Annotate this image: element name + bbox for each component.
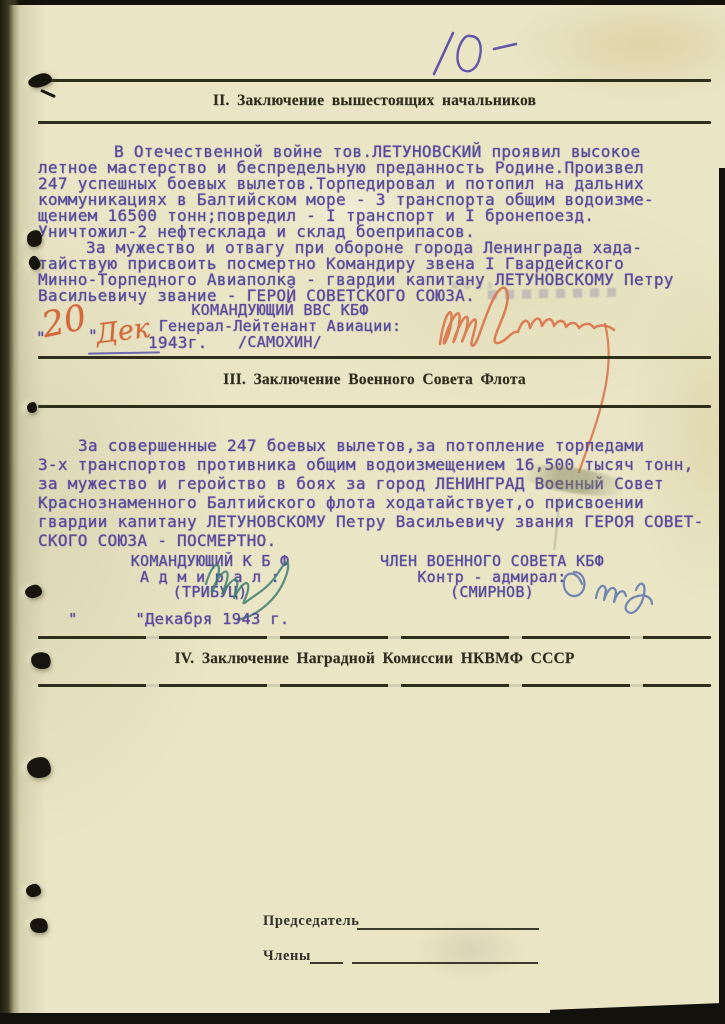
scan-edge-bottom-tear bbox=[550, 1000, 725, 1016]
chairman-label: Председатель bbox=[263, 913, 360, 930]
rule-below-section2 bbox=[38, 121, 711, 124]
section2-paragraph1: В Отечественной войне тов.ЛЕТУНОВСКИЙ пр… bbox=[38, 144, 714, 240]
page-number-handwritten bbox=[418, 24, 528, 82]
date1-month-handwritten: Дек bbox=[94, 313, 151, 350]
rule-above-section3 bbox=[38, 356, 711, 359]
document-scan: II. Заключение вышестоящих начальников В… bbox=[0, 0, 725, 1024]
signature1-titles: КОМАНДУЮЩИЙ ВВС КБФ Генерал-Лейтенант Ав… bbox=[146, 302, 414, 350]
rule-below-section4 bbox=[38, 684, 711, 687]
rule-above-section2 bbox=[38, 79, 711, 82]
members-label: Члены bbox=[263, 948, 311, 965]
section4-title: IV. Заключение Наградной Комиссии НКВМФ … bbox=[38, 650, 711, 668]
section3-title: III. Заключение Военного Совета Флота bbox=[38, 371, 711, 389]
punch-hole bbox=[29, 916, 50, 934]
signature2-date-line: " "Декабря 1943 г. bbox=[68, 610, 290, 628]
scan-edge-left bbox=[0, 0, 20, 1024]
punch-hole bbox=[25, 883, 41, 897]
scan-edge-right bbox=[719, 168, 725, 1018]
punch-hole bbox=[27, 402, 38, 414]
scan-edge-top bbox=[0, 0, 725, 5]
members-fill-line-a bbox=[310, 962, 343, 964]
punch-hole bbox=[27, 71, 53, 89]
rule-above-section4 bbox=[38, 636, 711, 639]
rule-below-section3 bbox=[38, 405, 711, 408]
members-fill-line-b bbox=[352, 962, 538, 964]
smirnov-signature bbox=[556, 556, 661, 618]
punch-hole bbox=[24, 584, 43, 600]
section2-title: II. Заключение вышестоящих начальников bbox=[38, 92, 711, 110]
punch-hole bbox=[26, 756, 51, 779]
chairman-fill-line bbox=[357, 928, 539, 930]
date1-day-handwritten: 20 bbox=[38, 298, 90, 346]
